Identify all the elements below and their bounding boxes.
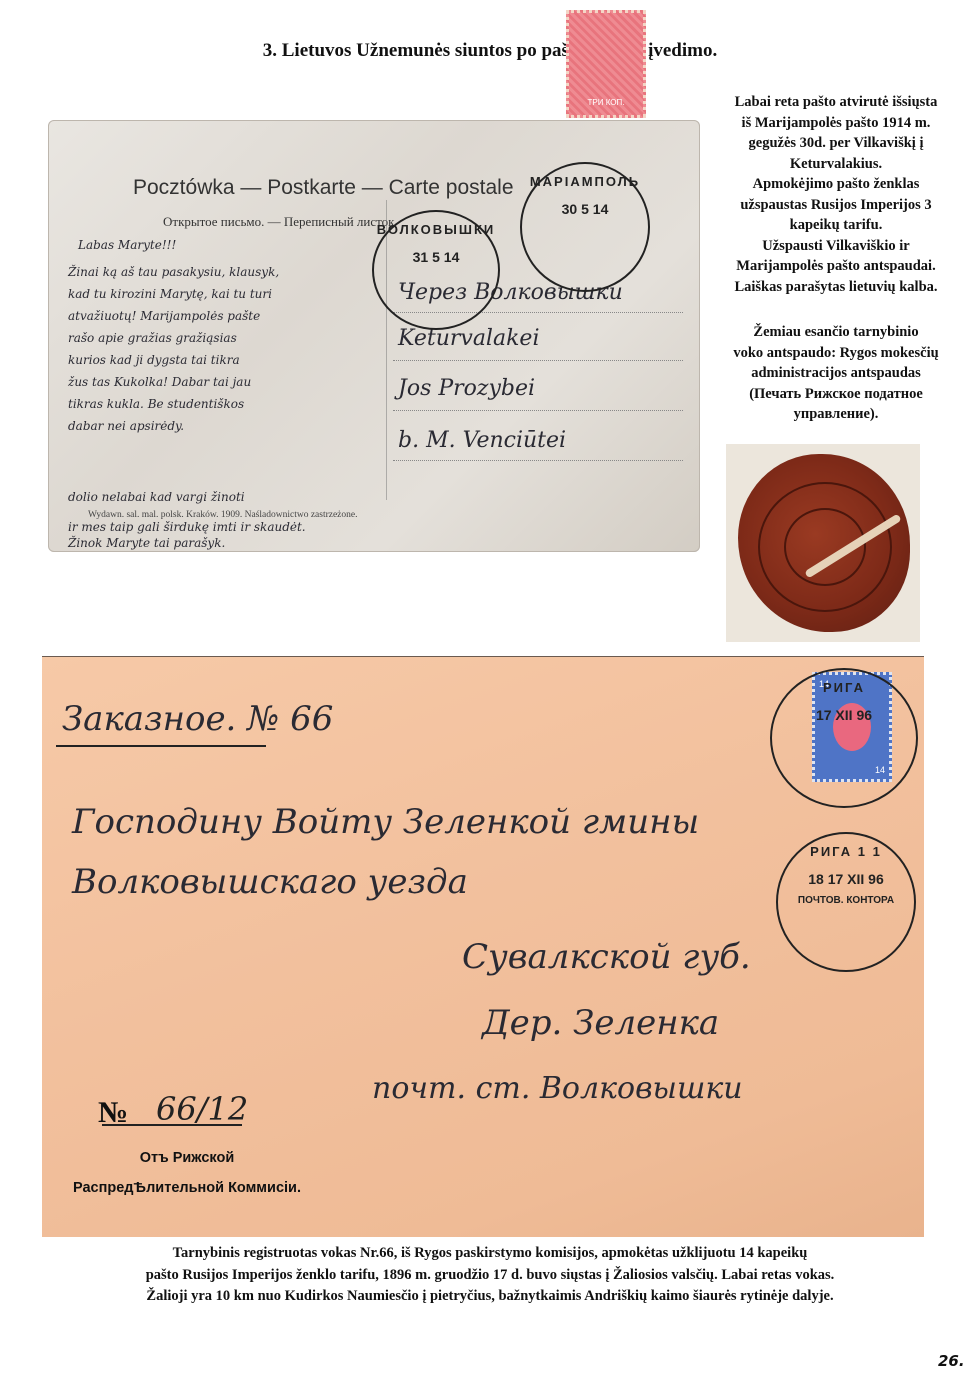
number-value: 66/12 [156,1090,248,1128]
note-line: iš Marijampolės pašto 1914 m. [700,113,972,134]
message-line: dolio nelabai kad vargi žinoti [68,490,245,504]
note-line: Marijampolės pašto antspaudai. [700,256,972,277]
registered-underline [56,745,266,747]
message-line: rašo apie gražias gražiąsias [68,331,237,345]
envelope-address-line: почт. ст. Волковышки [372,1071,743,1106]
note-line: Žemiau esančio tarnybinio [700,322,972,343]
postmark-volkovyshki: ВОЛКОВЫШКИ 31 5 14 [372,210,500,330]
address-rule [393,360,683,362]
address-line: Keturvalakei [398,326,539,351]
note-line: Keturvalakius. [700,154,972,175]
address-line: b. M. Venciūtei [398,428,566,453]
envelope-address-line: Сувалкской губ. [462,937,751,977]
message-line: Žinai ką aš tau pasakysiu, klausyk, [68,265,279,279]
postmark-riga-top: РИГА 17 XII 96 [770,668,918,808]
page-title: 3. Lietuvos Užnemunės siuntos po pašto ž… [0,40,980,62]
postmark-date: 17 XII 96 [772,707,916,723]
postmark-date: 31 5 14 [374,249,498,265]
side-note-seal: Žemiau esančio tarnybinio voko antspaudo… [700,322,972,425]
page-number: 26. [938,1352,965,1370]
envelope-address-line: Дер. Зеленка [482,1003,719,1043]
message-line: Žinok Maryte tai parašyk. [68,536,225,550]
postmark-riga-bottom: РИГА 1 1 18 17 XII 96 ПОЧТОВ. КОНТОРА [776,832,916,972]
postmark-date: 18 17 XII 96 [778,871,914,887]
note-line: kapeikų tarifu. [700,215,972,236]
envelope-address-line: Господину Войту Зеленкой гмины [72,802,699,842]
postmark-ring-text: ПОЧТОВ. КОНТОРА [778,895,914,906]
caption-line: Žalioji yra 10 km nuo Kudirkos Naumiesči… [40,1286,940,1308]
sender-line-2: РаспредѢлительной Коммисiи. [42,1180,332,1196]
note-line: Užspausti Vilkaviškio ir [700,236,972,257]
address-rule [393,410,683,412]
note-line: Labai reta pašto atvirutė išsiųsta [700,92,972,113]
sender-line-1: Отъ Рижской [42,1150,332,1166]
message-line: žus tas Kukolka! Dabar tai jau [68,375,251,389]
note-line: (Печать Рижское податное [700,384,972,405]
postcard-footer: Wydawn. sal. mal. polsk. Kraków. 1909. N… [88,510,358,520]
address-line: Jos Prozybei [398,376,535,401]
postmark-marijampole: МАРIАМПОЛЬ 30 5 14 [520,162,650,292]
postmark-city: МАРIАМПОЛЬ [522,174,648,189]
number-underline [102,1124,242,1126]
caption-line: pašto Rusijos Imperijos ženklo tarifu, 1… [40,1265,940,1287]
wax-seal-image [726,444,920,642]
message-line: kad tu kirozini Marytę, kai tu turi [68,287,272,301]
note-line: užspaustas Rusijos Imperijos 3 [700,195,972,216]
postmark-city: РИГА [772,680,916,695]
note-line: управление). [700,404,972,425]
side-note-postcard: Labai reta pašto atvirutė išsiųsta iš Ma… [700,92,972,297]
message-line: tikras kukla. Be studentiškos [68,397,244,411]
note-line: administracijos antspaudas [700,363,972,384]
note-line: gegužės 30d. per Vilkaviškį į [700,133,972,154]
postcard-header: Pocztówka — Postkarte — Carte postale [133,176,514,200]
postage-stamp-3-kopeck: ТРИ КОП. [566,10,646,118]
envelope-address-line: Волковышскаго уезда [72,862,468,902]
message-line: ir mes taip gali širdukę imti ir skaudėt… [68,520,306,534]
message-line: kurios kad ji dygsta tai tikra [68,353,240,367]
registered-mark: Заказное. № 66 [62,699,333,739]
note-line: voko antspaudo: Rygos mokesčių [700,343,972,364]
note-line: Apmokėjimo pašto ženklas [700,174,972,195]
postmark-date: 30 5 14 [522,201,648,217]
caption-line: Tarnybinis registruotas vokas Nr.66, iš … [40,1243,940,1265]
message-line: atvažiuotų! Marijampolės pašte [68,309,260,323]
message-line: Labas Maryte!!! [78,238,176,252]
postmark-city: ВОЛКОВЫШКИ [374,222,498,237]
envelope-caption: Tarnybinis registruotas vokas Nr.66, iš … [40,1243,940,1308]
postmark-city: РИГА 1 1 [778,844,914,859]
postcard-subheader: Открытое письмо. — Переписный листок [163,214,394,230]
address-rule [393,460,683,462]
stamp-label: ТРИ КОП. [569,98,643,107]
wax-seal [738,454,910,632]
message-line: dabar nei apsirėdy. [68,419,184,433]
note-line: Laiškas parašytas lietuvių kalba. [700,277,972,298]
